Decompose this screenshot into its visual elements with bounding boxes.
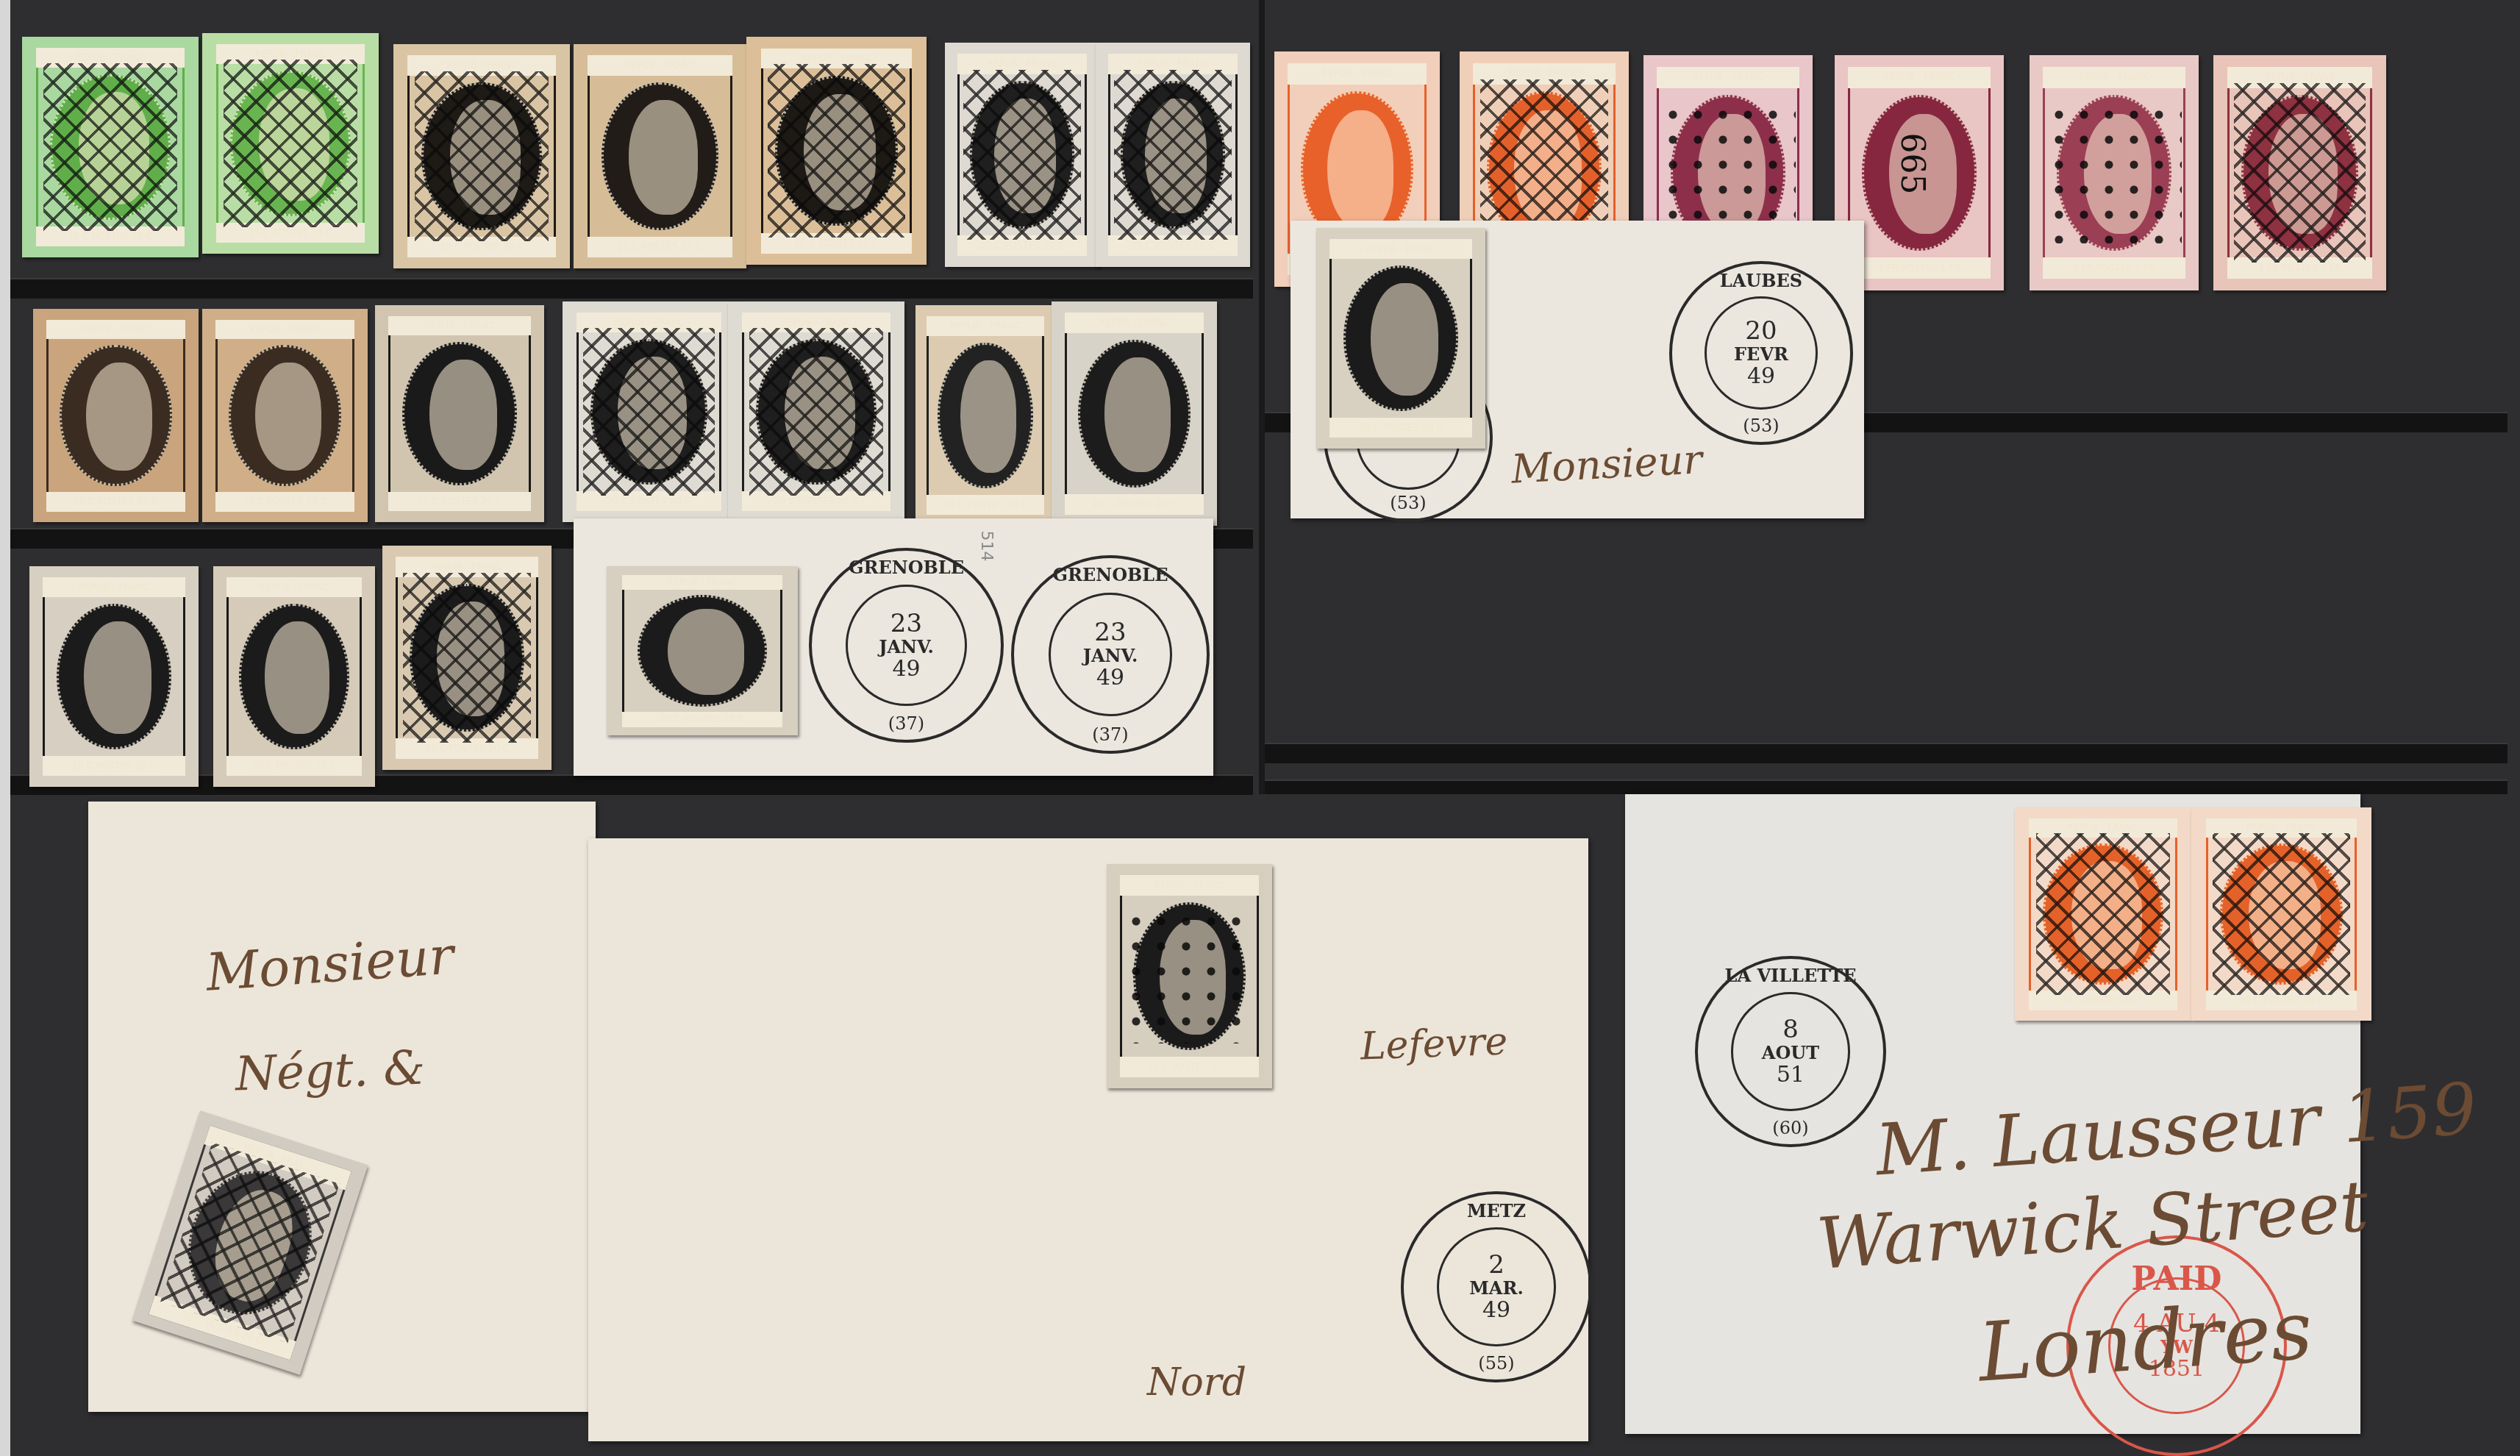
postmark-town: GRENOBLE <box>1014 564 1207 585</box>
stamp-value-text: 20 C POSTES 20 C <box>1131 240 1216 251</box>
grid-cancel-icon <box>415 71 549 242</box>
stamp-value-text: 1 FR POSTES 1 FR <box>2258 263 2341 274</box>
stamp-20c[interactable]: · REPUB · FRANC ·20 C POSTES 20 C <box>33 309 199 522</box>
stamp-value-text: 20 C POSTES 20 C <box>440 241 524 253</box>
postmark-grenoble: GRENOBLE23JANV.49(37) <box>1011 555 1210 754</box>
grid-cancel-icon <box>963 70 1081 240</box>
postmark-inner-ring <box>846 585 967 706</box>
stamp-top-label: · REPUB · FRANC · <box>388 316 530 336</box>
stamp-value-text: 20 C POSTES 20 C <box>607 496 691 507</box>
stamp-20c[interactable]: · REPUB · FRANC ·20 C POSTES 20 C <box>607 566 798 735</box>
stamp-top-text: · REPUB · FRANC · <box>1093 317 1175 329</box>
postmark-department: (60) <box>1698 1118 1883 1138</box>
stamp-20c[interactable]: · REPUB · FRANC ·20 C POSTES 20 C <box>202 309 368 522</box>
handwritten-address: Lefevre <box>1360 1020 1508 1069</box>
grid-cancel-icon <box>1114 70 1232 240</box>
stamp-value-text: 20 C POSTES 20 C <box>618 241 702 253</box>
stamp-top-label: · REPUB · FRANC · <box>215 320 354 339</box>
dotted-lozenge-cancel-icon <box>1124 909 1256 1043</box>
stamp-value-text: 40 C POSTES 40 C <box>2061 994 2146 1006</box>
stamp-value-text: 20 C POSTES 20 C <box>943 499 1028 511</box>
postmark-inner-ring <box>1705 296 1818 410</box>
ceres-head-icon <box>86 363 152 471</box>
stamp-value-label: 20 C POSTES 20 C <box>1065 494 1204 514</box>
stock-page: · REPUB · FRANC ·15 C POSTES 15 C· REPUB… <box>0 0 2520 1456</box>
postmark-town: LAUBES <box>1672 270 1850 291</box>
stamp-value-text: 15 C POSTES 15 C <box>68 231 153 243</box>
stamp-top-text: · REPUB · FRANC · <box>440 60 523 71</box>
stamp-top-label: · REPUB · FRANC · <box>1329 239 1471 259</box>
stamp-1fr[interactable]: · REPUB · FRANC ·1 FR POSTES 1 FR <box>2213 55 2386 290</box>
stamp-top-text: · REPUB · FRANC · <box>981 58 1063 70</box>
stamp-20c[interactable]: · REPUB · FRANC ·20 C POSTES 20 C <box>728 301 904 522</box>
ceres-head-icon <box>255 363 321 471</box>
stamp-value-label: 20 C POSTES 20 C <box>927 495 1044 515</box>
stock-strip <box>1265 743 2507 763</box>
stamp-value-label: 20 C POSTES 20 C <box>46 492 185 511</box>
stamp-value-text: 1 FR POSTES 1 FR <box>1877 263 1960 274</box>
grid-cancel-icon <box>2234 83 2366 262</box>
ceres-head-icon <box>629 100 698 215</box>
pencil-note: 514 <box>977 531 996 562</box>
stock-strip <box>10 278 1253 299</box>
stamp-value-text: 20 C POSTES 20 C <box>1359 422 1443 434</box>
stamp-20c[interactable]: · REPUB · FRANC ·20 C POSTES 20 C <box>213 566 375 787</box>
ceres-head-icon <box>84 621 151 734</box>
stamp-value-text: 20 C POSTES 20 C <box>980 240 1065 251</box>
stamp-20c[interactable]: · REPUB · FRANC ·20 C POSTES 20 C <box>563 301 735 522</box>
grid-cancel-icon <box>224 60 357 227</box>
stamp-top-text: · REPUB · FRANC · <box>1132 58 1214 70</box>
stamp-15c[interactable]: · REPUB · FRANC ·15 C POSTES 15 C <box>202 33 379 254</box>
stamp-value-label: 20 C POSTES 20 C <box>1329 418 1471 438</box>
stamp-value-text: 20 C POSTES 20 C <box>660 713 745 725</box>
postmark-town: GRENOBLE <box>812 557 1001 578</box>
stamp-top-label: · REPUB · FRANC · <box>588 55 732 75</box>
stamp-top-text: · REPUB · FRANC · <box>661 577 743 588</box>
stamp-top-label: · REPUB · FRANC · <box>43 577 185 597</box>
stamp-top-text: · REPUB · FRANC · <box>2073 71 2155 83</box>
postmark-town: METZ <box>1404 1200 1589 1221</box>
stamp-top-text: · REPUB · FRANC · <box>944 321 1027 332</box>
stamp-top-label: · REPUB · FRANC · <box>2043 67 2185 88</box>
stamp-value-text: 20 C POSTES 20 C <box>774 496 859 507</box>
stamp-top-label: · REPUB · FRANC · <box>1120 875 1259 895</box>
stamp-20c[interactable]: · REPUB · FRANC ·20 C POSTES 20 C <box>574 44 746 268</box>
dotted-lozenge-cancel-icon <box>2046 102 2182 243</box>
stamp-value-text: 20 C POSTES 20 C <box>243 496 327 507</box>
stamp-20c[interactable]: · REPUB · FRANC ·20 C POSTES 20 C <box>393 44 570 268</box>
stamp-top-text: · REPUB · FRANC · <box>418 320 501 332</box>
grid-cancel-icon <box>43 63 177 231</box>
stamp-value-text: 15 C POSTES 15 C <box>249 227 333 239</box>
stamp-top-label: · REPUB · FRANC · <box>622 575 782 590</box>
stamp-value-label: 20 C POSTES 20 C <box>43 756 185 776</box>
ceres-head-icon <box>668 609 744 695</box>
ceres-head-icon <box>1104 357 1171 472</box>
stamp-top-text: · REPUB · FRANC · <box>618 60 701 71</box>
stamp-value-label: 20 C POSTES 20 C <box>588 237 732 257</box>
stamp-top-text: · REPUB · FRANC · <box>1360 243 1442 255</box>
stamp-top-text: · REPUB · FRANC · <box>73 582 155 593</box>
grid-cancel-icon <box>2213 833 2349 995</box>
stamp-top-text: · REPUB · FRANC · <box>249 49 332 60</box>
stamp-20c[interactable]: · REPUB · FRANC ·20 C POSTES 20 C <box>375 305 544 522</box>
stamp-value-text: 20 C POSTES 20 C <box>1092 499 1177 510</box>
stamp-20c[interactable]: · REPUB · FRANC ·20 C POSTES 20 C <box>1316 228 1485 449</box>
grid-cancel-icon <box>749 328 883 496</box>
stamp-top-label: · REPUB · FRANC · <box>1288 63 1427 85</box>
handwritten-address: Négt. & <box>235 1041 426 1102</box>
stamp-top-text: · REPUB · FRANC · <box>426 561 508 573</box>
stamp-40c[interactable]: · REPUB · FRANC ·40 C POSTES 40 C <box>2191 807 2371 1021</box>
stock-strip <box>1265 779 2507 794</box>
grid-cancel-icon <box>403 573 532 743</box>
stamp-20c[interactable]: · REPUB · FRANC ·20 C POSTES 20 C <box>1107 864 1272 1088</box>
stamp-value-text: 20 C POSTES 20 C <box>74 496 158 507</box>
stamp-top-text: · REPUB · FRANC · <box>1148 879 1230 891</box>
postmark-department: (53) <box>1327 493 1490 513</box>
handwritten-address: Nord <box>1147 1360 1246 1405</box>
stamp-value-label: 20 C POSTES 20 C <box>215 492 354 511</box>
stamp-value-text: 20 C POSTES 20 C <box>72 760 157 772</box>
stamp-top-label: · REPUB · FRANC · <box>46 320 185 339</box>
stamp-value-label: 20 C POSTES 20 C <box>622 712 782 727</box>
grid-cancel-icon <box>583 328 715 496</box>
stamp-value-label: 1 FR POSTES 1 FR <box>2043 257 2185 279</box>
stamp-top-text: · REPUB · FRANC · <box>775 317 857 329</box>
stamp-top-label: · REPUB · FRANC · <box>1657 67 1799 88</box>
stamp-value-label: 20 C POSTES 20 C <box>388 492 530 512</box>
postmark-inner-ring <box>1437 1227 1555 1346</box>
stamp-top-text: · REPUB · FRANC · <box>2258 71 2341 83</box>
stamp-20c[interactable]: · REPUB · FRANC ·20 C POSTES 20 C <box>1096 43 1250 267</box>
stamp-1fr[interactable]: · REPUB · FRANC ·1 FR POSTES 1 FR <box>2030 55 2199 290</box>
stamp-value-text: 20 C POSTES 20 C <box>425 743 510 754</box>
postmark-town: LA VILLETTE <box>1698 965 1883 986</box>
stamp-value-label: 1 FR POSTES 1 FR <box>1848 257 1990 279</box>
stamp-top-text: · REPUB · FRANC · <box>2062 822 2144 834</box>
stamp-value-text: 20 C POSTES 20 C <box>418 496 502 507</box>
stamp-top-text: · REPUB · FRANC · <box>74 324 157 335</box>
stamp-20c[interactable]: · REPUB · FRANC ·20 C POSTES 20 C <box>945 43 1099 267</box>
numeral-cancel: 665 <box>1894 132 1932 194</box>
postmark-la-villette: LA VILLETTE8AOUT51(60) <box>1695 956 1886 1147</box>
stock-divider <box>1259 0 1265 794</box>
stamp-20c[interactable]: · REPUB · FRANC ·20 C POSTES 20 C <box>1052 301 1217 526</box>
postmark-grenoble: GRENOBLE23JANV.49(37) <box>809 548 1004 743</box>
stamp-top-text: · REPUB · FRANC · <box>1503 68 1585 79</box>
stamp-top-text: · REPUB · FRANC · <box>2240 822 2322 834</box>
stamp-20c[interactable]: · REPUB · FRANC ·20 C POSTES 20 C <box>915 305 1055 526</box>
postmark-department: (37) <box>1014 724 1207 745</box>
stamp-40c[interactable]: · REPUB · FRANC ·40 C POSTES 40 C <box>2015 807 2191 1021</box>
stamp-top-text: · REPUB · FRANC · <box>243 324 326 335</box>
stamp-value-label: 20 C POSTES 20 C <box>226 756 363 776</box>
stamp-value-text: 40 C POSTES 40 C <box>2239 994 2324 1006</box>
stamp-value-text: 20 C POSTES 20 C <box>252 760 337 772</box>
grid-cancel-icon <box>768 64 904 238</box>
stamp-top-label: · REPUB · FRANC · <box>927 316 1044 336</box>
stamp-top-text: · REPUB · FRANC · <box>1687 71 1769 83</box>
postmark-laubes: LAUBES20FEVR49(53) <box>1669 261 1853 445</box>
stamp-top-text: · REPUB · FRANC · <box>607 317 690 329</box>
stamp-value-text: 20 C POSTES 20 C <box>1147 1061 1232 1073</box>
ceres-head-icon <box>960 360 1016 473</box>
stamp-top-text: · REPUB · FRANC · <box>795 52 877 64</box>
stamp-top-label: · REPUB · FRANC · <box>1848 67 1990 88</box>
stamp-20c[interactable]: · REPUB · FRANC ·20 C POSTES 20 C <box>29 566 199 787</box>
stamp-value-text: 20 C POSTES 20 C <box>794 238 879 249</box>
stamp-top-text: · REPUB · FRANC · <box>1316 68 1398 79</box>
stamp-value-label: 20 C POSTES 20 C <box>1120 1057 1259 1077</box>
ceres-head-icon <box>429 360 497 470</box>
postmark-inner-ring <box>1731 992 1849 1110</box>
postmark-metz: METZ2MAR.49(55) <box>1401 1191 1592 1382</box>
postmark-department: (37) <box>812 713 1001 734</box>
stamp-top-label: · REPUB · FRANC · <box>226 577 363 597</box>
stamp-top-text: · REPUB · FRANC · <box>1878 71 1960 83</box>
stamp-20c[interactable]: · REPUB · FRANC ·20 C POSTES 20 C <box>746 37 927 265</box>
stamp-top-text: · REPUB · FRANC · <box>69 52 151 64</box>
ceres-head-icon <box>1371 283 1438 396</box>
ceres-head-icon <box>265 621 329 734</box>
stamp-top-text: · REPUB · FRANC · <box>253 582 335 593</box>
page-edge <box>0 0 10 1456</box>
stamp-value-text: 1 FR POSTES 1 FR <box>2072 263 2155 274</box>
grid-cancel-icon <box>2036 833 2170 995</box>
postmark-department: (53) <box>1672 415 1850 436</box>
postmark-inner-ring <box>1049 593 1172 716</box>
stamp-20c[interactable]: · REPUB · FRANC ·20 C POSTES 20 C <box>382 546 552 770</box>
stamp-15c[interactable]: · REPUB · FRANC ·15 C POSTES 15 C <box>22 37 199 257</box>
postmark-department: (55) <box>1404 1353 1589 1374</box>
stamp-top-label: · REPUB · FRANC · <box>1065 313 1204 332</box>
ceres-head-icon <box>1327 110 1393 230</box>
